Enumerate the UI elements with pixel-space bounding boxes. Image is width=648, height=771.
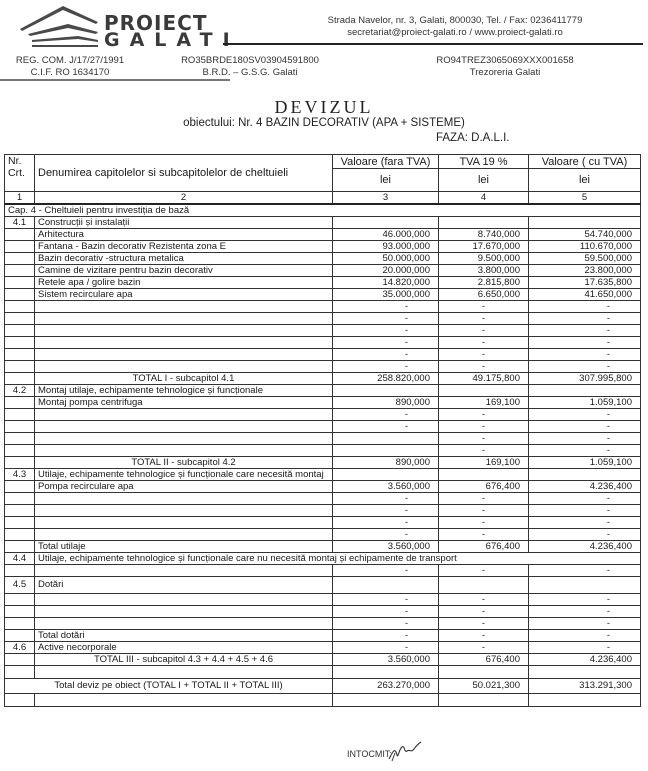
dash: - — [529, 606, 641, 618]
dash: - — [439, 433, 529, 445]
bank-brd-info: RO35BRDE180SV03904591800 B.R.D. – G.S.G.… — [160, 55, 340, 79]
bank-trez: Trezoreria Galati — [395, 67, 615, 79]
subtotal-label: TOTAL III - subcapitol 4.3 + 4.4 + 4.5 +… — [35, 654, 333, 666]
subtotal-label: TOTAL I - subcapitol 4.1 — [35, 373, 333, 385]
subtotal-value-with-vat: 4.236,400 — [529, 541, 641, 553]
empty-row: --- — [5, 313, 641, 325]
dash: - — [439, 445, 529, 457]
empty-row: -- — [5, 433, 641, 445]
dash: - — [439, 361, 529, 373]
handwritten-signature-icon — [387, 741, 423, 763]
dash: - — [529, 301, 641, 313]
grand-total-value-with-vat: 313.291,300 — [529, 679, 641, 694]
subtotal-vat: 676,400 — [439, 654, 529, 666]
item-name: Montaj pompa centrifuga — [35, 397, 333, 409]
subchapter-nr: 4.2 — [5, 385, 35, 397]
subchapter-label: Active necorporale — [35, 642, 333, 654]
subtotal-label: TOTAL II - subcapitol 4.2 — [35, 457, 333, 469]
empty-row: --- — [5, 565, 641, 577]
subtotal-label: Total utilaje — [35, 541, 333, 553]
dash: - — [529, 565, 641, 577]
empty-row — [5, 666, 641, 679]
table-row: Montaj pompa centrifuga890,000169,1001.0… — [5, 397, 641, 409]
subchapter-row: 4.5 Dotări — [5, 577, 641, 594]
value-no-vat: 46.000,000 — [333, 229, 439, 241]
header-divider — [223, 43, 643, 45]
dash: - — [439, 409, 529, 421]
value-with-vat: 1.059,100 — [529, 397, 641, 409]
empty-row: --- — [5, 594, 641, 606]
dash: - — [529, 517, 641, 529]
dash: - — [529, 433, 641, 445]
value-no-vat: 890,000 — [333, 397, 439, 409]
dash: - — [439, 642, 529, 654]
subchapter-row: 4.1 Construcții și instalații — [5, 217, 641, 229]
empty-row: --- — [5, 493, 641, 505]
table-row: Retele apa / golire bazin14.820,0002.815… — [5, 277, 641, 289]
dash: - — [333, 349, 439, 361]
value-no-vat: 50.000,000 — [333, 253, 439, 265]
table-row: Pompa recirculare apa3.560,000676,4004.2… — [5, 481, 641, 493]
dash: - — [529, 594, 641, 606]
empty-row: --- — [5, 421, 641, 433]
dash: - — [529, 505, 641, 517]
subtotal-value-no-vat: 3.560,000 — [333, 654, 439, 666]
col-num: 2 — [35, 192, 333, 205]
dash: - — [529, 642, 641, 654]
table-header-row: Nr. Crt. Denumirea capitolelor si subcap… — [5, 155, 641, 169]
subtotal-value-with-vat: 307.995,800 — [529, 373, 641, 385]
subchapter-nr: 4.3 — [5, 469, 35, 481]
dash: - — [333, 325, 439, 337]
chapter-title: Cap. 4 - Cheltuieli pentru investiția de… — [5, 204, 641, 217]
dash: - — [439, 618, 529, 630]
empty-row: --- — [5, 361, 641, 373]
bank-brd: B.R.D. – G.S.G. Galati — [160, 67, 340, 79]
subtotal-value-with-vat: 1.059,100 — [529, 457, 641, 469]
value-with-vat: 17.635,800 — [529, 277, 641, 289]
empty-row: --- — [5, 337, 641, 349]
iban-trez: RO94TREZ3065069XXX001658 — [395, 55, 615, 67]
subtotal-label: Total dotări — [35, 630, 333, 642]
grand-total-row: Total deviz pe obiect (TOTAL I + TOTAL I… — [5, 679, 641, 694]
item-name: Camine de vizitare pentru bazin decorati… — [35, 265, 333, 277]
cif: C.I.F. RO 1634170 — [10, 67, 130, 79]
grand-total-vat: 50.021,300 — [439, 679, 529, 694]
dash: - — [529, 421, 641, 433]
building-logo-icon — [18, 2, 108, 48]
dash: - — [333, 421, 439, 433]
company-address: Strada Navelor, nr. 3, Galati, 800030, T… — [270, 15, 640, 39]
subtotal-value-no-vat: 258.820,000 — [333, 373, 439, 385]
subtotal-vat: 49.175,800 — [439, 373, 529, 385]
empty-row — [5, 694, 641, 707]
brand-name-line2: GALATI — [104, 31, 240, 50]
vat-value: 3.800,000 — [439, 265, 529, 277]
vat-value: 6.650,000 — [439, 289, 529, 301]
dash: - — [439, 325, 529, 337]
unit-lei: lei — [439, 169, 529, 192]
dash: - — [529, 493, 641, 505]
dash: - — [333, 565, 439, 577]
registration-info: REG. COM. J/17/27/1991 C.I.F. RO 1634170 — [10, 55, 130, 79]
dash: - — [333, 594, 439, 606]
value-no-vat: 93.000,000 — [333, 241, 439, 253]
dash: - — [439, 337, 529, 349]
subtotal-value-no-vat: 890,000 — [333, 457, 439, 469]
dash: - — [439, 594, 529, 606]
dash: - — [529, 337, 641, 349]
dash: - — [529, 445, 641, 457]
letterhead-divider — [0, 79, 230, 81]
col-num: 4 — [439, 192, 529, 205]
dash: - — [439, 630, 529, 642]
value-with-vat: 41.650,000 — [529, 289, 641, 301]
header-value-with-vat: Valoare ( cu TVA) — [529, 155, 641, 169]
item-name: Retele apa / golire bazin — [35, 277, 333, 289]
value-with-vat: 54.740,000 — [529, 229, 641, 241]
subtotal-row: Total dotări --- — [5, 630, 641, 642]
dash: - — [333, 618, 439, 630]
vat-value: 169,100 — [439, 397, 529, 409]
dash: - — [333, 493, 439, 505]
dash: - — [333, 606, 439, 618]
header-vat: TVA 19 % — [439, 155, 529, 169]
subtotal-vat: 676,400 — [439, 541, 529, 553]
chapter-row: Cap. 4 - Cheltuieli pentru investiția de… — [5, 204, 641, 217]
table-row: Camine de vizitare pentru bazin decorati… — [5, 265, 641, 277]
item-name: Fantana - Bazin decorativ Rezistenta zon… — [35, 241, 333, 253]
empty-row: --- — [5, 409, 641, 421]
grand-total-label: Total deviz pe obiect (TOTAL I + TOTAL I… — [5, 679, 333, 694]
subchapter-label: Utilaje, echipamente tehnologice și func… — [35, 553, 641, 565]
table-row: Arhitectura46.000,0008.740,00054.740,000 — [5, 229, 641, 241]
empty-row: --- — [5, 505, 641, 517]
dash: - — [333, 409, 439, 421]
value-no-vat: 20.000,000 — [333, 265, 439, 277]
bank-trezorerie-info: RO94TREZ3065069XXX001658 Trezoreria Gala… — [395, 55, 615, 79]
subchapter-label: Construcții și instalații — [35, 217, 333, 229]
table-row: Bazin decorativ -structura metalica50.00… — [5, 253, 641, 265]
dash: - — [439, 606, 529, 618]
dash: - — [333, 642, 439, 654]
header-nr: Nr. Crt. — [5, 155, 35, 192]
dash: - — [439, 313, 529, 325]
subchapter-nr: 4.4 — [5, 553, 35, 565]
empty-row: --- — [5, 529, 641, 541]
dash: - — [529, 618, 641, 630]
dash: - — [333, 313, 439, 325]
vat-value: 9.500,000 — [439, 253, 529, 265]
dash: - — [439, 301, 529, 313]
document-title: DEVIZUL — [0, 97, 648, 118]
col-num: 3 — [333, 192, 439, 205]
subchapter-nr: 4.5 — [5, 577, 35, 594]
document-phase: FAZA: D.A.L.I. — [436, 132, 510, 144]
subchapter-row: 4.4 Utilaje, echipamente tehnologice și … — [5, 553, 641, 565]
value-no-vat: 14.820,000 — [333, 277, 439, 289]
item-name: Sistem recirculare apa — [35, 289, 333, 301]
table-row: Sistem recirculare apa35.000,0006.650,00… — [5, 289, 641, 301]
empty-row: --- — [5, 325, 641, 337]
dash: - — [529, 313, 641, 325]
dash: - — [529, 325, 641, 337]
subchapter-nr: 4.1 — [5, 217, 35, 229]
dash: - — [439, 349, 529, 361]
subtotal-row: Total utilaje 3.560,000 676,400 4.236,40… — [5, 541, 641, 553]
dash: - — [529, 529, 641, 541]
dash: - — [439, 565, 529, 577]
dash: - — [333, 630, 439, 642]
header-name: Denumirea capitolelor si subcapitolelor … — [35, 155, 333, 192]
signature-block: INTOCMIT: — [347, 749, 392, 759]
grand-total-value-no-vat: 263.270,000 — [333, 679, 439, 694]
subchapter-row: 4.3 Utilaje, echipamente tehnologice și … — [5, 469, 641, 481]
dash: - — [439, 493, 529, 505]
empty-row: --- — [5, 517, 641, 529]
dash: - — [529, 409, 641, 421]
dash: - — [333, 505, 439, 517]
col-num: 1 — [5, 192, 35, 205]
signature-label: INTOCMIT: — [347, 749, 392, 759]
subchapter-nr: 4.6 — [5, 642, 35, 654]
dash: - — [333, 337, 439, 349]
iban-brd: RO35BRDE180SV03904591800 — [160, 55, 340, 67]
cost-estimate-table: Nr. Crt. Denumirea capitolelor si subcap… — [4, 154, 641, 707]
empty-row: --- — [5, 618, 641, 630]
company-logo: PROIECT GALATI — [18, 2, 258, 48]
empty-row: -- — [5, 445, 641, 457]
dash: - — [529, 361, 641, 373]
subchapter-row: 4.2 Montaj utilaje, echipamente tehnolog… — [5, 385, 641, 397]
reg-com: REG. COM. J/17/27/1991 — [10, 55, 130, 67]
vat-value: 676,400 — [439, 481, 529, 493]
table-row: Fantana - Bazin decorativ Rezistenta zon… — [5, 241, 641, 253]
value-no-vat: 35.000,000 — [333, 289, 439, 301]
subchapter-label: Montaj utilaje, echipamente tehnologice … — [35, 385, 333, 397]
dash: - — [333, 529, 439, 541]
empty-row: --- — [5, 301, 641, 313]
vat-value: 8.740,000 — [439, 229, 529, 241]
subchapter-label: Utilaje, echipamente tehnologice și func… — [35, 469, 333, 481]
subtotal-vat: 169,100 — [439, 457, 529, 469]
item-name: Pompa recirculare apa — [35, 481, 333, 493]
dash: - — [333, 361, 439, 373]
subtotal-row: TOTAL II - subcapitol 4.2 890,000 169,10… — [5, 457, 641, 469]
value-with-vat: 4.236,400 — [529, 481, 641, 493]
subtotal-value-with-vat: 4.236,400 — [529, 654, 641, 666]
subtotal-value-no-vat: 3.560,000 — [333, 541, 439, 553]
item-name: Arhitectura — [35, 229, 333, 241]
unit-lei: lei — [529, 169, 641, 192]
value-with-vat: 23.800,000 — [529, 265, 641, 277]
dash: - — [439, 517, 529, 529]
unit-lei: lei — [333, 169, 439, 192]
header-value-no-vat: Valoare (fara TVA) — [333, 155, 439, 169]
dash: - — [529, 349, 641, 361]
item-name: Bazin decorativ -structura metalica — [35, 253, 333, 265]
empty-row: --- — [5, 606, 641, 618]
value-with-vat: 110.670,000 — [529, 241, 641, 253]
document-subtitle: obiectului: Nr. 4 BAZIN DECORATIV (APA +… — [0, 117, 648, 129]
vat-value: 17.670,000 — [439, 241, 529, 253]
empty-row: --- — [5, 349, 641, 361]
dash: - — [333, 301, 439, 313]
value-no-vat: 3.560,000 — [333, 481, 439, 493]
col-num: 5 — [529, 192, 641, 205]
subchapter-label: Dotări — [35, 577, 333, 594]
subtotal-row: TOTAL I - subcapitol 4.1 258.820,000 49.… — [5, 373, 641, 385]
value-with-vat: 59.500,000 — [529, 253, 641, 265]
dash: - — [333, 517, 439, 529]
vat-value: 2.815,800 — [439, 277, 529, 289]
dash: - — [439, 421, 529, 433]
dash: - — [439, 529, 529, 541]
contact-line: secretariat@proiect-galati.ro / www.proi… — [270, 27, 640, 39]
address-line: Strada Navelor, nr. 3, Galati, 800030, T… — [270, 15, 640, 27]
subtotal-row: TOTAL III - subcapitol 4.3 + 4.4 + 4.5 +… — [5, 654, 641, 666]
dash: - — [439, 505, 529, 517]
subchapter-row: 4.6 Active necorporale --- — [5, 642, 641, 654]
dash: - — [529, 630, 641, 642]
column-number-row: 1 2 3 4 5 — [5, 192, 641, 205]
